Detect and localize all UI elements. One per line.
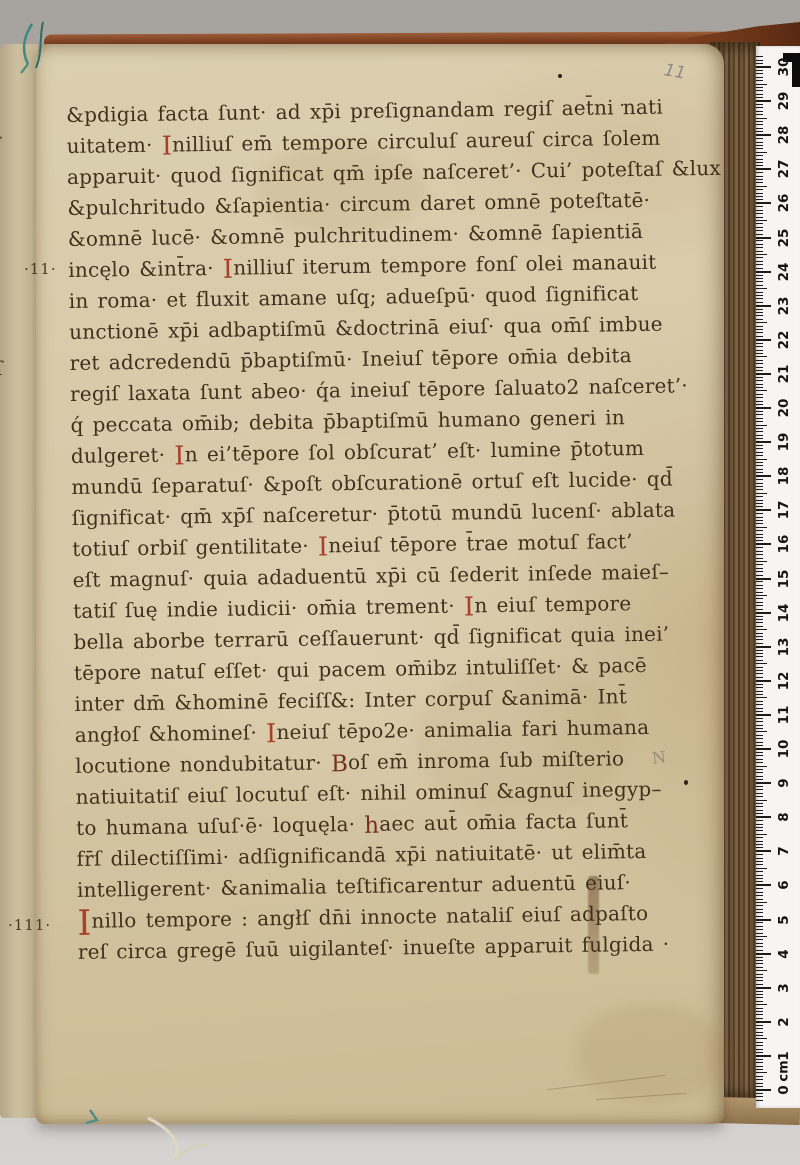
ruler-tick (756, 445, 763, 446)
ruler-tick (756, 1038, 767, 1039)
ruler-tick (756, 332, 763, 333)
ruler-tick (756, 762, 763, 763)
ruler-tick (756, 735, 763, 736)
ruler-tick (756, 360, 763, 361)
ruler-tick (756, 922, 763, 923)
ruler-tick (756, 425, 767, 426)
ruler-tick (756, 162, 763, 163)
ruler-tick (756, 469, 763, 470)
ruler-tick (756, 275, 763, 276)
ruler-tick (756, 994, 763, 995)
ruler-tick (756, 858, 763, 859)
ruler-tick (756, 571, 763, 572)
ruler-tick (756, 486, 763, 487)
ruler-tick (756, 714, 771, 716)
ruler-tick (756, 537, 763, 538)
ruler-tick (756, 483, 763, 484)
ruler-tick (756, 680, 771, 682)
text-run: neiuſ tēpore t̄rae motuſ fact’ (328, 529, 633, 557)
ruler-tick (756, 285, 763, 286)
ruler-tick (756, 803, 763, 804)
ruler-tick (756, 748, 771, 750)
text-run: oſ em̄ inroma ſub miſterio (348, 746, 624, 774)
ruler-tick (756, 329, 763, 330)
ruler-tick (756, 367, 763, 368)
ruler-tick (756, 343, 763, 344)
ruler-tick (756, 1083, 763, 1084)
ruler-tick (756, 138, 763, 139)
ruler-tick (756, 155, 763, 156)
ruler-number: 30 (776, 52, 792, 82)
ruler-tick (756, 844, 763, 845)
ruler-tick (756, 193, 763, 194)
ruler-tick (756, 984, 763, 985)
ruler-tick (756, 104, 763, 105)
ruler-tick (756, 1004, 767, 1005)
ruler-tick (756, 217, 763, 218)
ruler-number: 3 (776, 973, 792, 1003)
ruler-tick (756, 841, 763, 842)
ruler-number: 8 (776, 802, 792, 832)
ruler-tick (756, 271, 771, 273)
ruler-tick (756, 288, 767, 289)
ruler-tick (756, 87, 763, 88)
text-run: totiuſ orbiſ gentilitate· (72, 534, 318, 561)
ruler-tick (756, 636, 763, 637)
text-run: locutione nondubitatur· (75, 750, 331, 778)
text-run: tatiſ ſuę indie iudicii· om̄ia trement· (73, 593, 464, 622)
margin-chapter-number: ·11· (24, 260, 57, 278)
ruler-tick (756, 578, 771, 580)
ruler-tick (756, 479, 763, 480)
ruler-tick (756, 527, 767, 528)
ruler-number: 15 (776, 564, 792, 594)
ruler-tick (756, 404, 763, 405)
ruler-tick (756, 881, 763, 882)
ruler-tick (756, 1072, 767, 1073)
ruler-tick (756, 302, 763, 303)
ruler-tick (756, 1018, 763, 1019)
ruler-tick (756, 687, 763, 688)
ruler-tick (756, 1008, 763, 1009)
ruler-number: 21 (776, 359, 792, 389)
ruler-tick (756, 353, 763, 354)
ruler-tick (756, 223, 763, 224)
ruler-number: 24 (776, 257, 792, 287)
rubricated-initial: I (162, 132, 173, 162)
ruler-tick (756, 356, 767, 357)
ruler-tick (756, 278, 763, 279)
ruler-tick (756, 708, 763, 709)
ruler-tick (756, 165, 763, 166)
ruler-tick (756, 905, 763, 906)
ruler-tick (756, 629, 767, 630)
ruler-tick (756, 496, 763, 497)
ruler-tick (756, 100, 771, 102)
ruler-tick (756, 309, 763, 310)
ruler-tick (756, 1100, 763, 1101)
ruler-tick (756, 312, 763, 313)
ruler-tick (756, 264, 763, 265)
ruler-tick (756, 114, 763, 115)
bookmark-thread (70, 1098, 240, 1164)
ruler-tick (756, 543, 771, 545)
ruler-tick (756, 585, 763, 586)
ruler-tick (756, 820, 763, 821)
bookmark-thread (2, 16, 62, 88)
parchment-stain (576, 1004, 726, 1104)
ruler-tick (756, 339, 771, 341)
ruler-tick (756, 946, 763, 947)
ruler-tick (756, 128, 763, 129)
ruler-tick (756, 745, 763, 746)
ruler-tick (756, 220, 767, 221)
ruler-tick (756, 186, 767, 187)
ruler-tick (756, 1093, 763, 1094)
ruler-tick (756, 878, 763, 879)
ruler-tick (756, 895, 763, 896)
ruler-tick (756, 520, 763, 521)
ruler-tick (756, 899, 763, 900)
ruler-tick (756, 847, 763, 848)
ruler-tick (756, 656, 763, 657)
ruler-number: 17 (776, 495, 792, 525)
ruler-tick (756, 493, 767, 494)
ruler-tick (756, 888, 763, 889)
ruler-tick (756, 97, 763, 98)
ruler-tick (756, 336, 763, 337)
ruler-tick (756, 663, 767, 664)
ruler-tick (756, 592, 763, 593)
ruler-tick (756, 56, 763, 57)
ruler-tick (756, 530, 763, 531)
ruler-tick (756, 489, 763, 490)
ruler-tick (756, 667, 763, 668)
ruler-tick (756, 418, 763, 419)
ruler-tick (756, 326, 763, 327)
ruler-tick (756, 561, 767, 562)
ruler-tick (756, 319, 763, 320)
ruler-tick (756, 970, 767, 971)
ruler-tick (756, 80, 763, 81)
ruler-tick (756, 251, 763, 252)
ruler-tick (756, 380, 763, 381)
ruler-tick (756, 1055, 771, 1057)
ruler-tick (756, 377, 763, 378)
ruler-tick (756, 864, 763, 865)
ruler-tick (756, 953, 771, 955)
ruler-tick (756, 909, 763, 910)
ruler-tick (756, 315, 763, 316)
ruler-tick (756, 670, 763, 671)
ruler-tick (756, 182, 763, 183)
ruler-tick (756, 551, 763, 552)
ruler-tick (756, 513, 763, 514)
ruler-tick (756, 159, 763, 160)
text-run: nilliuſ iterum tempore fonſ olei manauit (233, 250, 656, 280)
ruler-tick (756, 475, 771, 477)
ruler-tick (756, 622, 763, 623)
ruler-tick (756, 810, 763, 811)
ruler-tick (756, 1045, 763, 1046)
ruler-tick (756, 1001, 763, 1002)
ruler-tick (756, 742, 763, 743)
text-run: uitatem· (66, 133, 161, 158)
ruler-number: 22 (776, 325, 792, 355)
ruler-tick (756, 1049, 763, 1050)
ruler-number: 14 (776, 598, 792, 628)
ruler-tick (756, 646, 771, 648)
ruler-tick (756, 202, 771, 204)
ruler-tick (756, 806, 763, 807)
ruler-tick (756, 1035, 763, 1036)
ruler-number: 25 (776, 223, 792, 253)
ruler-tick (756, 793, 763, 794)
rubricated-initial: I (174, 441, 185, 471)
ruler-tick (756, 892, 763, 893)
ruler-tick (756, 854, 763, 855)
ruler-end-mark (792, 53, 800, 87)
ruler-tick (756, 830, 763, 831)
ruler-tick (756, 902, 767, 903)
ruler-tick (756, 653, 763, 654)
ruler-tick (756, 189, 763, 190)
ruler-tick (756, 691, 763, 692)
ruler-tick (756, 731, 767, 732)
ruler-tick (756, 210, 763, 211)
ruler-tick (756, 776, 763, 777)
ruler-number: 7 (776, 836, 792, 866)
ruler-number: 23 (776, 291, 792, 321)
ruler-tick (756, 564, 763, 565)
ruler-tick (756, 694, 763, 695)
ruler-tick (756, 933, 763, 934)
ruler-tick (756, 639, 763, 640)
ruler-tick (756, 118, 767, 119)
ruler-tick (756, 268, 763, 269)
ruler-tick (756, 244, 763, 245)
ruler-tick (756, 227, 763, 228)
ruler-tick (756, 721, 763, 722)
ruler-tick (756, 1079, 763, 1080)
ruler-tick (756, 1076, 763, 1077)
ruler-number: 19 (776, 427, 792, 457)
ruler-tick (756, 547, 763, 548)
text-run: angłoſ &homineſ· (75, 720, 267, 747)
ruler-tick (756, 459, 767, 460)
ruler-tick (756, 292, 763, 293)
rubricated-initial: B (331, 751, 348, 777)
ruler-number: 16 (776, 529, 792, 559)
ruler-tick (756, 90, 763, 91)
ruler-number: 27 (776, 154, 792, 184)
ruler-tick (756, 1011, 763, 1012)
ruler-tick (756, 257, 763, 258)
ink-speck (558, 74, 562, 78)
manuscript-photo: ſ ſ &pdigia facta ſunt· ad xp̄i preſigna… (0, 0, 800, 1165)
ruler-tick (756, 509, 771, 511)
ruler-tick (756, 1014, 763, 1015)
ruler-tick (756, 435, 763, 436)
ruler-tick (756, 534, 763, 535)
ruler-tick (756, 506, 763, 507)
ruler-tick (756, 60, 763, 61)
ruler-tick (756, 581, 763, 582)
ruler-tick (756, 452, 763, 453)
ruler-tick (756, 394, 763, 395)
ruler-tick (756, 438, 763, 439)
ruler-tick (756, 759, 763, 760)
ruler-tick (756, 960, 763, 961)
ruler-tick (756, 448, 763, 449)
measuring-ruler: cm 3029282726252423222120191817161514131… (756, 46, 800, 1108)
ruler-tick (756, 595, 767, 596)
ruler-tick (756, 789, 763, 790)
ruler-tick (756, 298, 763, 299)
ruler-tick (756, 884, 771, 886)
ruler-tick (756, 997, 763, 998)
ruler-number: 0 (776, 1075, 792, 1105)
ruler-tick (756, 428, 763, 429)
ruler-tick (756, 407, 771, 409)
ruler-tick (756, 500, 763, 501)
ruler-tick (756, 782, 771, 784)
ruler-tick (756, 1028, 763, 1029)
ruler-tick (756, 850, 771, 852)
ruler-tick (756, 465, 763, 466)
ruler-tick (756, 697, 767, 698)
ruler-tick (756, 384, 763, 385)
ruler-tick (756, 131, 763, 132)
ruler-tick (756, 868, 767, 869)
ruler-tick (756, 554, 763, 555)
ruler-tick (756, 387, 763, 388)
clipped-text-fragment: ſ (0, 356, 2, 380)
ruler-tick (756, 540, 763, 541)
ruler-tick (756, 73, 763, 74)
ruler-tick (756, 816, 771, 818)
ruler-tick (756, 950, 763, 951)
ruler-tick (756, 1021, 771, 1023)
text-run: n ei’tēpore ſol obſcurat’ eſt· lumine p̄… (185, 436, 645, 466)
ruler-number: 6 (776, 870, 792, 900)
rubricated-initial: I (318, 532, 329, 562)
ruler-tick (756, 977, 763, 978)
ruler-tick (756, 875, 763, 876)
ruler-tick (756, 84, 767, 85)
ruler-tick (756, 142, 763, 143)
ruler-tick (756, 939, 763, 940)
ruler-tick (756, 987, 771, 989)
ruler-tick (756, 1069, 763, 1070)
ruler-tick (756, 401, 763, 402)
ruler-tick (756, 752, 763, 753)
ruler-tick (756, 779, 763, 780)
ruler-number: 1 (776, 1041, 792, 1071)
text-run: to humana uſuſ·ē· loquęla· (76, 812, 364, 840)
ruler-tick (756, 769, 763, 770)
ruler-tick (756, 411, 763, 412)
ruler-tick (756, 609, 763, 610)
ruler-tick (756, 673, 763, 674)
ruler-tick (756, 350, 763, 351)
previous-page-edge: ſ ſ (0, 44, 38, 1118)
ruler-tick (756, 588, 763, 589)
ruler-tick (756, 912, 763, 913)
ruler-tick (756, 121, 763, 122)
ruler-tick (756, 813, 763, 814)
ruler-tick (756, 619, 763, 620)
ruler-tick (756, 991, 763, 992)
ruler-tick (756, 919, 771, 921)
ruler-tick (756, 650, 763, 651)
ruler-tick (756, 612, 771, 614)
rubricated-initial: I (77, 904, 92, 944)
ruler-tick (756, 206, 763, 207)
ruler-tick (756, 107, 763, 108)
ruler-number: 26 (776, 188, 792, 218)
ruler-tick (756, 70, 763, 71)
ruler-tick (756, 575, 763, 576)
ruler-tick (756, 725, 763, 726)
ruler-tick (756, 633, 763, 634)
ruler-tick (756, 196, 763, 197)
ruler-tick (756, 414, 763, 415)
rubricated-initial: h (364, 813, 379, 839)
ruler-tick (756, 66, 771, 68)
ruler-tick (756, 431, 763, 432)
ruler-tick (756, 957, 763, 958)
ruler-tick (756, 605, 763, 606)
ruler-tick (756, 63, 763, 64)
ruler-tick (756, 152, 767, 153)
ruler-tick (756, 558, 763, 559)
ruler-tick (756, 1042, 763, 1043)
ruler-tick (756, 213, 763, 214)
ruler-number: 9 (776, 768, 792, 798)
ruler-tick (756, 390, 767, 391)
ruler-tick (756, 145, 763, 146)
ruler-tick (756, 738, 763, 739)
ruler-tick (756, 871, 763, 872)
ruler-tick (756, 837, 763, 838)
ruler-tick (756, 462, 763, 463)
ruler-tick (756, 684, 763, 685)
ruler-tick (756, 800, 767, 801)
ruler-tick (756, 766, 767, 767)
ruler-tick (756, 111, 763, 112)
ruler-tick (756, 643, 763, 644)
margin-chapter-number: ·111· (8, 916, 51, 934)
ruler-tick (756, 254, 767, 255)
ruler-tick (756, 827, 763, 828)
ruler-tick (756, 704, 763, 705)
ruler-tick (756, 240, 763, 241)
ruler-tick (756, 677, 763, 678)
rubricated-initial: I (223, 255, 234, 285)
ruler-number: 4 (776, 939, 792, 969)
ruler-tick (756, 824, 763, 825)
ruler-tick (756, 322, 767, 323)
ruler-tick (756, 660, 763, 661)
ruler-tick (756, 796, 763, 797)
ruler-tick (756, 861, 763, 862)
ruler-tick (756, 1089, 771, 1091)
ruler-tick (756, 370, 763, 371)
ruler-number: 28 (776, 120, 792, 150)
margin-pencil-mark: N (651, 747, 667, 767)
ruler-tick (756, 718, 763, 719)
